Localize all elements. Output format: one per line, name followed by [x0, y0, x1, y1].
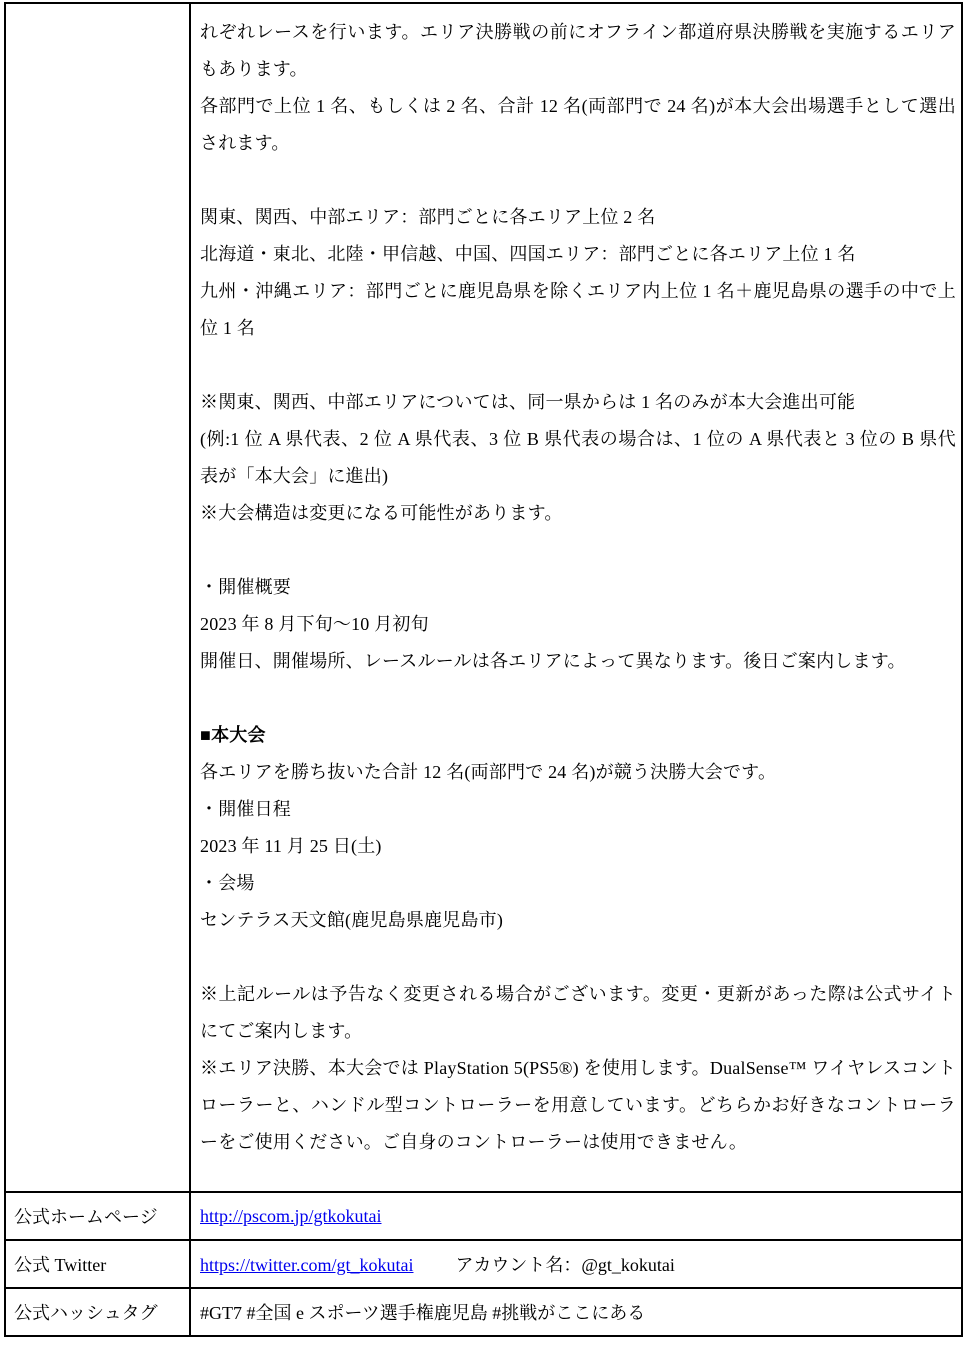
- document-page: れぞれレースを行います。エリア決勝戦の前にオフライン都道府県決勝戦を実施するエリ…: [0, 0, 966, 1350]
- paragraph-area-kyushu: 九州・沖縄エリア：部門ごとに鹿児島県を除くエリア内上位 1 名＋鹿児島県の選手の…: [200, 273, 956, 347]
- paragraph-final-date-heading: ・開催日程: [200, 791, 956, 828]
- paragraph-note-same-pref: ※関東、関西、中部エリアについては、同一県からは 1 名のみが本大会進出可能: [200, 384, 956, 421]
- blank-line: [200, 680, 956, 717]
- blank-line: [200, 347, 956, 384]
- paragraph-venue: センテラス天文館(鹿児島県鹿児島市): [200, 902, 956, 939]
- paragraph-continuation: れぞれレースを行います。エリア決勝戦の前にオフライン都道府県決勝戦を実施するエリ…: [200, 14, 956, 88]
- paragraph-note-structure: ※大会構造は変更になる可能性があります。: [200, 495, 956, 532]
- hashtag-cell: #GT7 #全国 e スポーツ選手権鹿児島 #挑戦がここにある: [190, 1288, 962, 1336]
- homepage-label: 公式ホームページ: [5, 1192, 190, 1240]
- paragraph-hardware-note: ※エリア決勝、本大会では PlayStation 5(PS5®) を使用します。…: [200, 1050, 956, 1161]
- paragraph-area-kanto: 関東、関西、中部エリア：部門ごとに各エリア上位 2 名: [200, 199, 956, 236]
- main-row-label-empty: [5, 3, 190, 1192]
- twitter-link[interactable]: https://twitter.com/gt_kokutai: [200, 1255, 414, 1275]
- paragraph-venue-heading: ・会場: [200, 865, 956, 902]
- homepage-row: 公式ホームページ http://pscom.jp/gtkokutai: [5, 1192, 962, 1240]
- paragraph-selection: 各部門で上位 1 名、もしくは 2 名、合計 12 名(両部門で 24 名)が本…: [200, 88, 956, 162]
- main-row: れぞれレースを行います。エリア決勝戦の前にオフライン都道府県決勝戦を実施するエリ…: [5, 3, 962, 1192]
- paragraph-overview-heading: ・開催概要: [200, 569, 956, 606]
- paragraph-area-hokkaido: 北海道・東北、北陸・甲信越、中国、四国エリア：部門ごとに各エリア上位 1 名: [200, 236, 956, 273]
- twitter-cell: https://twitter.com/gt_kokutaiアカウント名：@gt…: [190, 1240, 962, 1288]
- homepage-link[interactable]: http://pscom.jp/gtkokutai: [200, 1206, 382, 1226]
- blank-line: [200, 532, 956, 569]
- paragraph-overview-period: 2023 年 8 月下旬～10 月初旬: [200, 606, 956, 643]
- blank-line: [200, 162, 956, 199]
- blank-line: [200, 939, 956, 976]
- paragraph-note-example: (例:1 位 A 県代表、2 位 A 県代表、3 位 B 県代表の場合は、1 位…: [200, 421, 956, 495]
- hashtag-label: 公式ハッシュタグ: [5, 1288, 190, 1336]
- hashtag-row: 公式ハッシュタグ #GT7 #全国 e スポーツ選手権鹿児島 #挑戦がここにある: [5, 1288, 962, 1336]
- paragraph-overview-detail: 開催日、開催場所、レースルールは各エリアによって異なります。後日ご案内します。: [200, 643, 956, 680]
- tournament-details-cell: れぞれレースを行います。エリア決勝戦の前にオフライン都道府県決勝戦を実施するエリ…: [190, 3, 962, 1192]
- tournament-info-table: れぞれレースを行います。エリア決勝戦の前にオフライン都道府県決勝戦を実施するエリ…: [4, 2, 963, 1337]
- paragraph-final-date: 2023 年 11 月 25 日(土): [200, 828, 956, 865]
- twitter-row: 公式 Twitter https://twitter.com/gt_kokuta…: [5, 1240, 962, 1288]
- twitter-label: 公式 Twitter: [5, 1240, 190, 1288]
- paragraph-rules-note: ※上記ルールは予告なく変更される場合がございます。変更・更新があった際は公式サイ…: [200, 976, 956, 1050]
- homepage-cell: http://pscom.jp/gtkokutai: [190, 1192, 962, 1240]
- paragraph-final-desc: 各エリアを勝ち抜いた合計 12 名(両部門で 24 名)が競う決勝大会です。: [200, 754, 956, 791]
- paragraph-final-heading: ■本大会: [200, 717, 956, 754]
- twitter-account-name: アカウント名：@gt_kokutai: [456, 1255, 675, 1275]
